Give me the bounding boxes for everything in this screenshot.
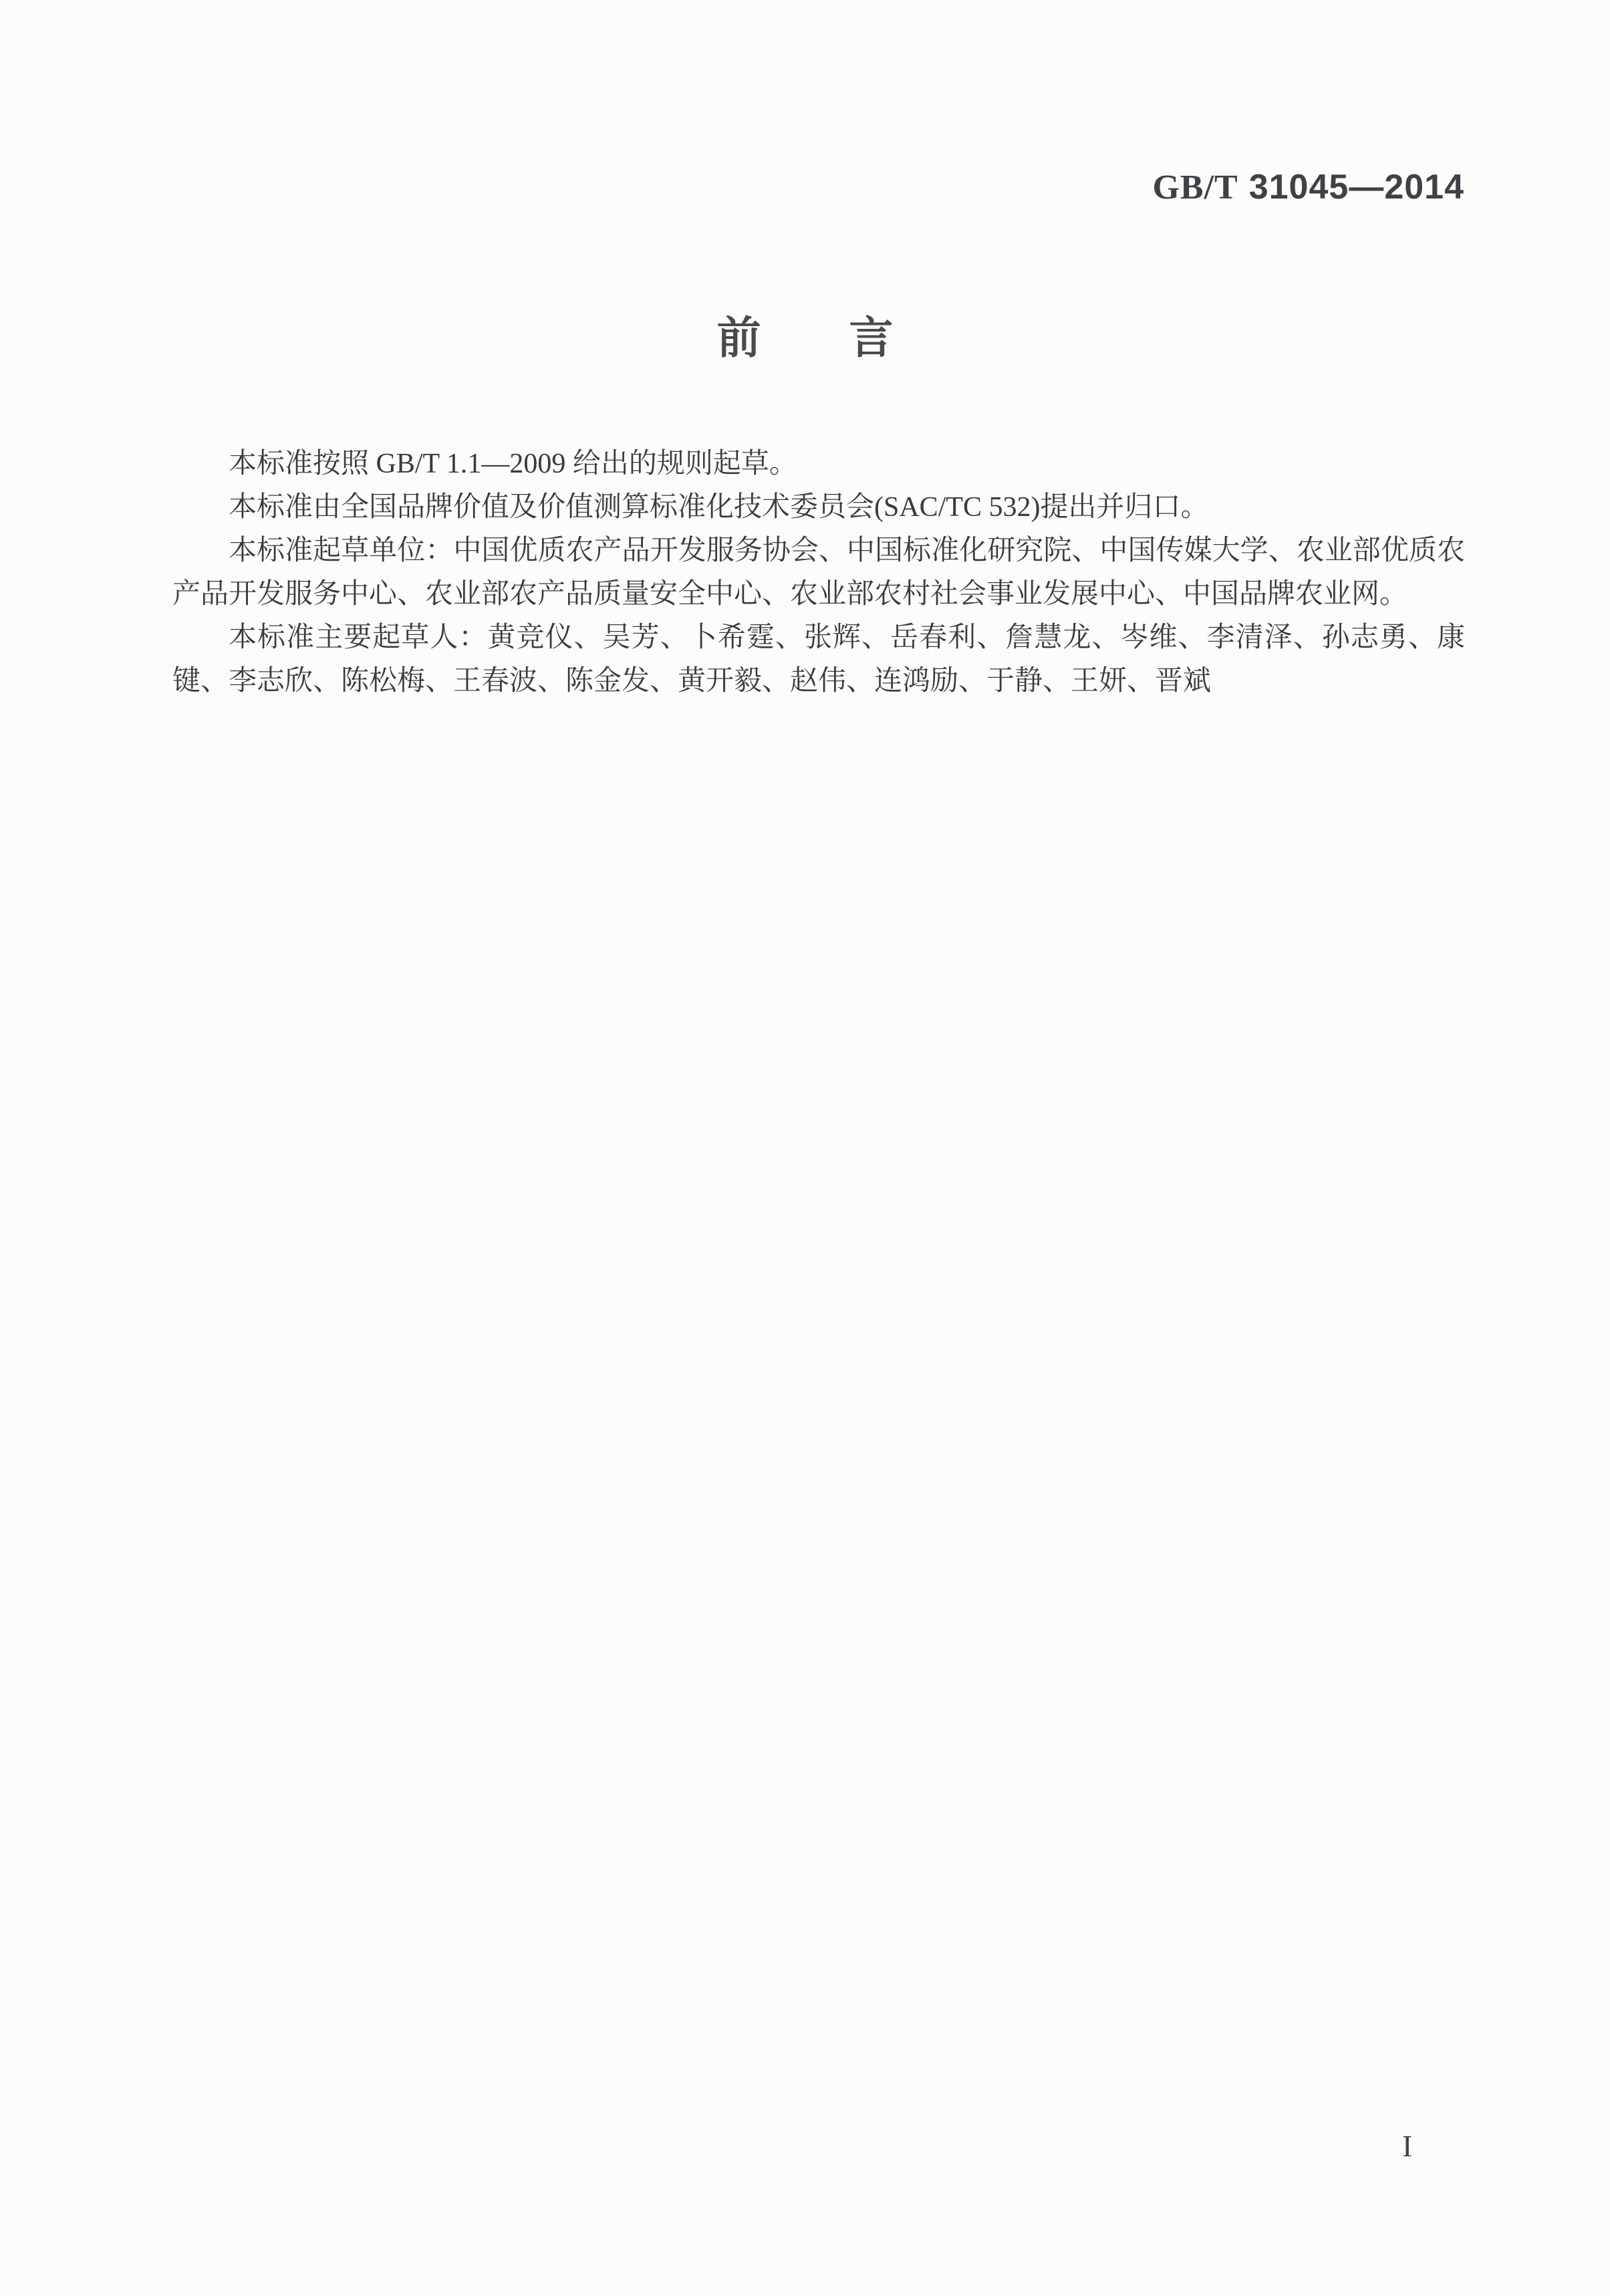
standard-code: GB/T31045—2014 [1152, 167, 1464, 207]
paragraph-drafting-rules: 本标准按照 GB/T 1.1—2009 给出的规则起草。 [172, 442, 1465, 486]
standard-code-number: 31045—2014 [1249, 168, 1464, 207]
page-title: 前 言 [0, 309, 1610, 366]
paragraph-main-drafters: 本标准主要起草人：黄竞仪、吴芳、卜希霆、张辉、岳春利、詹慧龙、岑维、李清泽、孙志… [172, 616, 1465, 703]
paragraph-drafting-organizations: 本标准起草单位：中国优质农产品开发服务协会、中国标准化研究院、中国传媒大学、农业… [172, 529, 1465, 616]
document-page: GB/T31045—2014 前 言 本标准按照 GB/T 1.1—2009 给… [0, 0, 1610, 2296]
page-number: I [1402, 2128, 1412, 2164]
standard-code-prefix: GB/T [1152, 168, 1238, 207]
foreword-content: 本标准按照 GB/T 1.1—2009 给出的规则起草。 本标准由全国品牌价值及… [172, 442, 1465, 703]
paragraph-proposing-committee: 本标准由全国品牌价值及价值测算标准化技术委员会(SAC/TC 532)提出并归口… [172, 486, 1465, 529]
